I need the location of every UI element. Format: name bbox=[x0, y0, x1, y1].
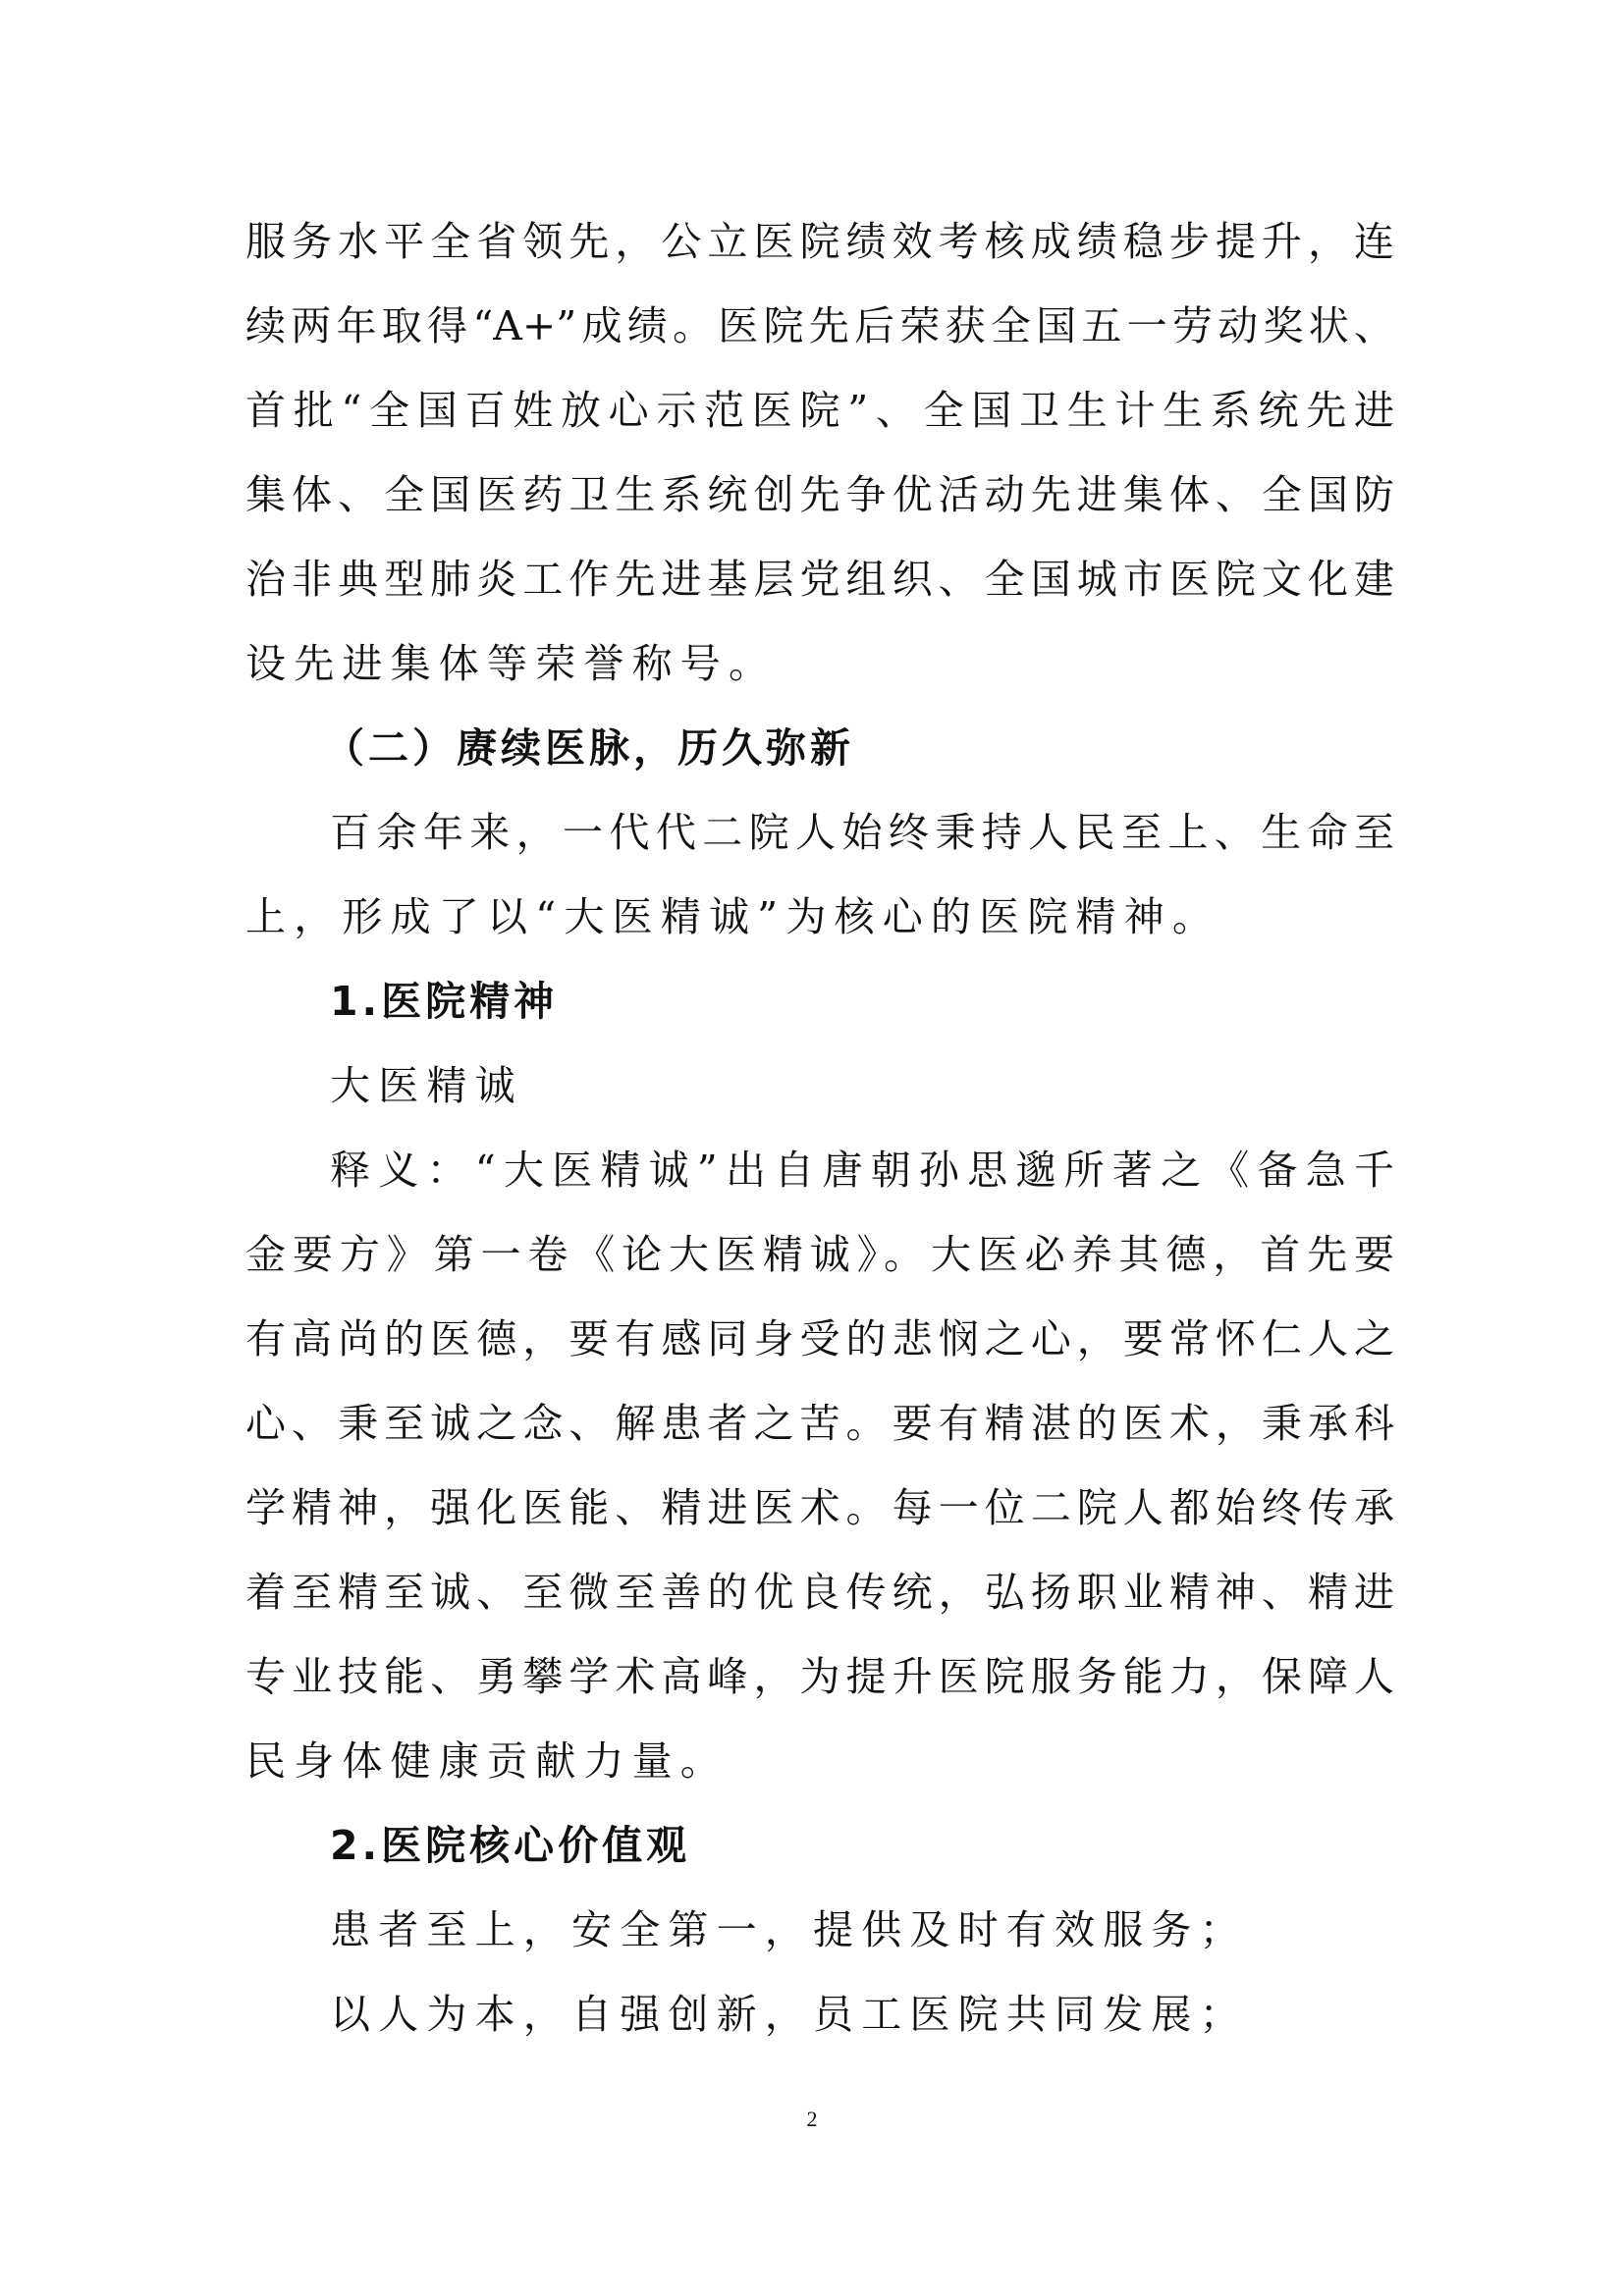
paragraph-line: 以人为本，自强创新，员工医院共同发展； bbox=[330, 1987, 1394, 2042]
paragraph-line: 民身体健康贡献力量。 bbox=[245, 1734, 1394, 1789]
document-page: 服务水平全省领先，公立医院绩效考核成绩稳步提升，连 续两年取得“A+”成绩。医院… bbox=[0, 0, 1624, 2296]
paragraph-line: 百余年来，一代代二院人始终秉持人民至上、生命至 bbox=[330, 805, 1394, 860]
paragraph-line: 患者至上，安全第一，提供及时有效服务； bbox=[330, 1902, 1394, 1957]
paragraph-line: 专业技能、勇攀学术高峰，为提升医院服务能力，保障人 bbox=[245, 1649, 1394, 1704]
paragraph-line: 心、秉至诚之念、解患者之苦。要有精湛的医术，秉承科 bbox=[245, 1396, 1394, 1451]
sub-heading-core-values: 2.医院核心价值观 bbox=[330, 1818, 1394, 1873]
paragraph-line: 大医精诚 bbox=[330, 1058, 1394, 1113]
paragraph-line: 设先进集体等荣誉称号。 bbox=[245, 636, 1394, 691]
page-number: 2 bbox=[0, 2107, 1624, 2132]
paragraph-line: 上，形成了以“大医精诚”为核心的医院精神。 bbox=[245, 889, 1394, 944]
paragraph-line: 学精神，强化医能、精进医术。每一位二院人都始终传承 bbox=[245, 1480, 1394, 1535]
paragraph-line: 首批“全国百姓放心示范医院”、全国卫生计生系统先进 bbox=[245, 383, 1394, 438]
section-heading: （二）赓续医脉，历久弥新 bbox=[324, 721, 1388, 775]
paragraph-line: 着至精至诚、至微至善的优良传统，弘扬职业精神、精进 bbox=[245, 1565, 1394, 1620]
paragraph-line: 金要方》第一卷《论大医精诚》。大医必养其德，首先要 bbox=[245, 1227, 1394, 1282]
paragraph-line: 释义：“大医精诚”出自唐朝孙思邈所著之《备急千 bbox=[330, 1143, 1394, 1198]
paragraph-line: 服务水平全省领先，公立医院绩效考核成绩稳步提升，连 bbox=[245, 214, 1394, 269]
paragraph-line: 集体、全国医药卫生系统创先争优活动先进集体、全国防 bbox=[245, 467, 1394, 522]
sub-heading-hospital-spirit: 1.医院精神 bbox=[330, 974, 1394, 1029]
paragraph-line: 有高尚的医德，要有感同身受的悲悯之心，要常怀仁人之 bbox=[245, 1311, 1394, 1366]
paragraph-line: 续两年取得“A+”成绩。医院先后荣获全国五一劳动奖状、 bbox=[245, 298, 1394, 353]
paragraph-line: 治非典型肺炎工作先进基层党组织、全国城市医院文化建 bbox=[245, 552, 1394, 607]
